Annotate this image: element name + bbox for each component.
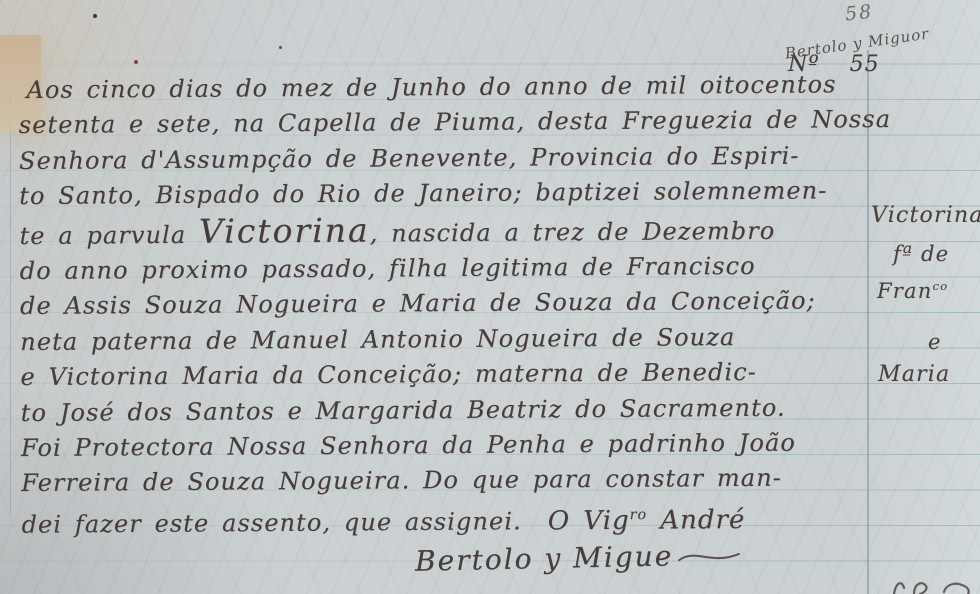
child-name-emphasized: Victorina [199, 210, 370, 250]
line5-suffix: , nascida a trez de Dezembro [370, 216, 776, 247]
vicar-firstname: André [647, 505, 745, 536]
ink-speck [279, 46, 282, 49]
signature-text: Bertolo y Migue [415, 539, 674, 577]
left-edge-rule [10, 86, 11, 516]
vicar-title-superscript: ro [630, 507, 648, 523]
record-line: Senhora d'Assumpção de Benevente, Provin… [19, 138, 892, 179]
ink-speck [134, 60, 138, 64]
record-line: neta paterna de Manuel Antonio Nogueira … [20, 319, 893, 360]
vicar-signature-start: O Vigro André [548, 505, 746, 536]
record-line: e Victorina Maria da Conceição; materna … [20, 354, 893, 395]
record-line: de Assis Souza Nogueira e Maria de Souza… [20, 283, 893, 324]
margin-note-conjunction: e [928, 330, 942, 354]
margin-note-filiation: fª de [893, 242, 949, 266]
line5-prefix: te a parvula [19, 220, 199, 249]
record-line: setenta e sete, na Capella de Piuma, des… [19, 102, 892, 143]
record-line-closing: dei fazer este assento, que assignei.O V… [21, 496, 894, 543]
signature-flourish [677, 550, 743, 565]
record-body-text: Aos cinco dias do mez de Junho do anno d… [18, 67, 894, 543]
ink-speck [93, 14, 97, 18]
record-line: to Santo, Bispado do Rio de Janeiro; bap… [19, 173, 892, 214]
vicar-signature-name: Bertolo y Migue [415, 537, 776, 578]
vicar-title: O Vig [548, 505, 630, 536]
pencil-page-number: 58 [844, 1, 874, 26]
margin-note-child-name: Victorina [871, 203, 980, 228]
record-line: to José dos Santos e Margarida Beatriz d… [21, 390, 894, 431]
margin-note-father-name: Franco [877, 279, 948, 303]
father-name: Fran [877, 279, 932, 303]
record-line: Aos cinco dias do mez de Junho do anno d… [18, 67, 891, 108]
margin-note-mother-name: Maria [878, 362, 950, 387]
partial-strokes-next-entry [888, 574, 978, 594]
record-line: do anno proximo passado, filha legitima … [20, 248, 893, 289]
closing-text: dei fazer este assento, que assignei. [21, 507, 521, 538]
record-line: Foi Protectora Nossa Senhora da Penha e … [21, 425, 894, 466]
scanned-baptism-record-page: 58 Bertolo y Miguor Nº 55 Aos cinco dias… [0, 0, 980, 594]
record-line-child-name: te a parvula Victorina, nascida a trez d… [19, 209, 892, 254]
record-line: Ferreira de Souza Nogueira. Do que para … [21, 460, 894, 501]
father-name-superscript: co [932, 279, 948, 293]
